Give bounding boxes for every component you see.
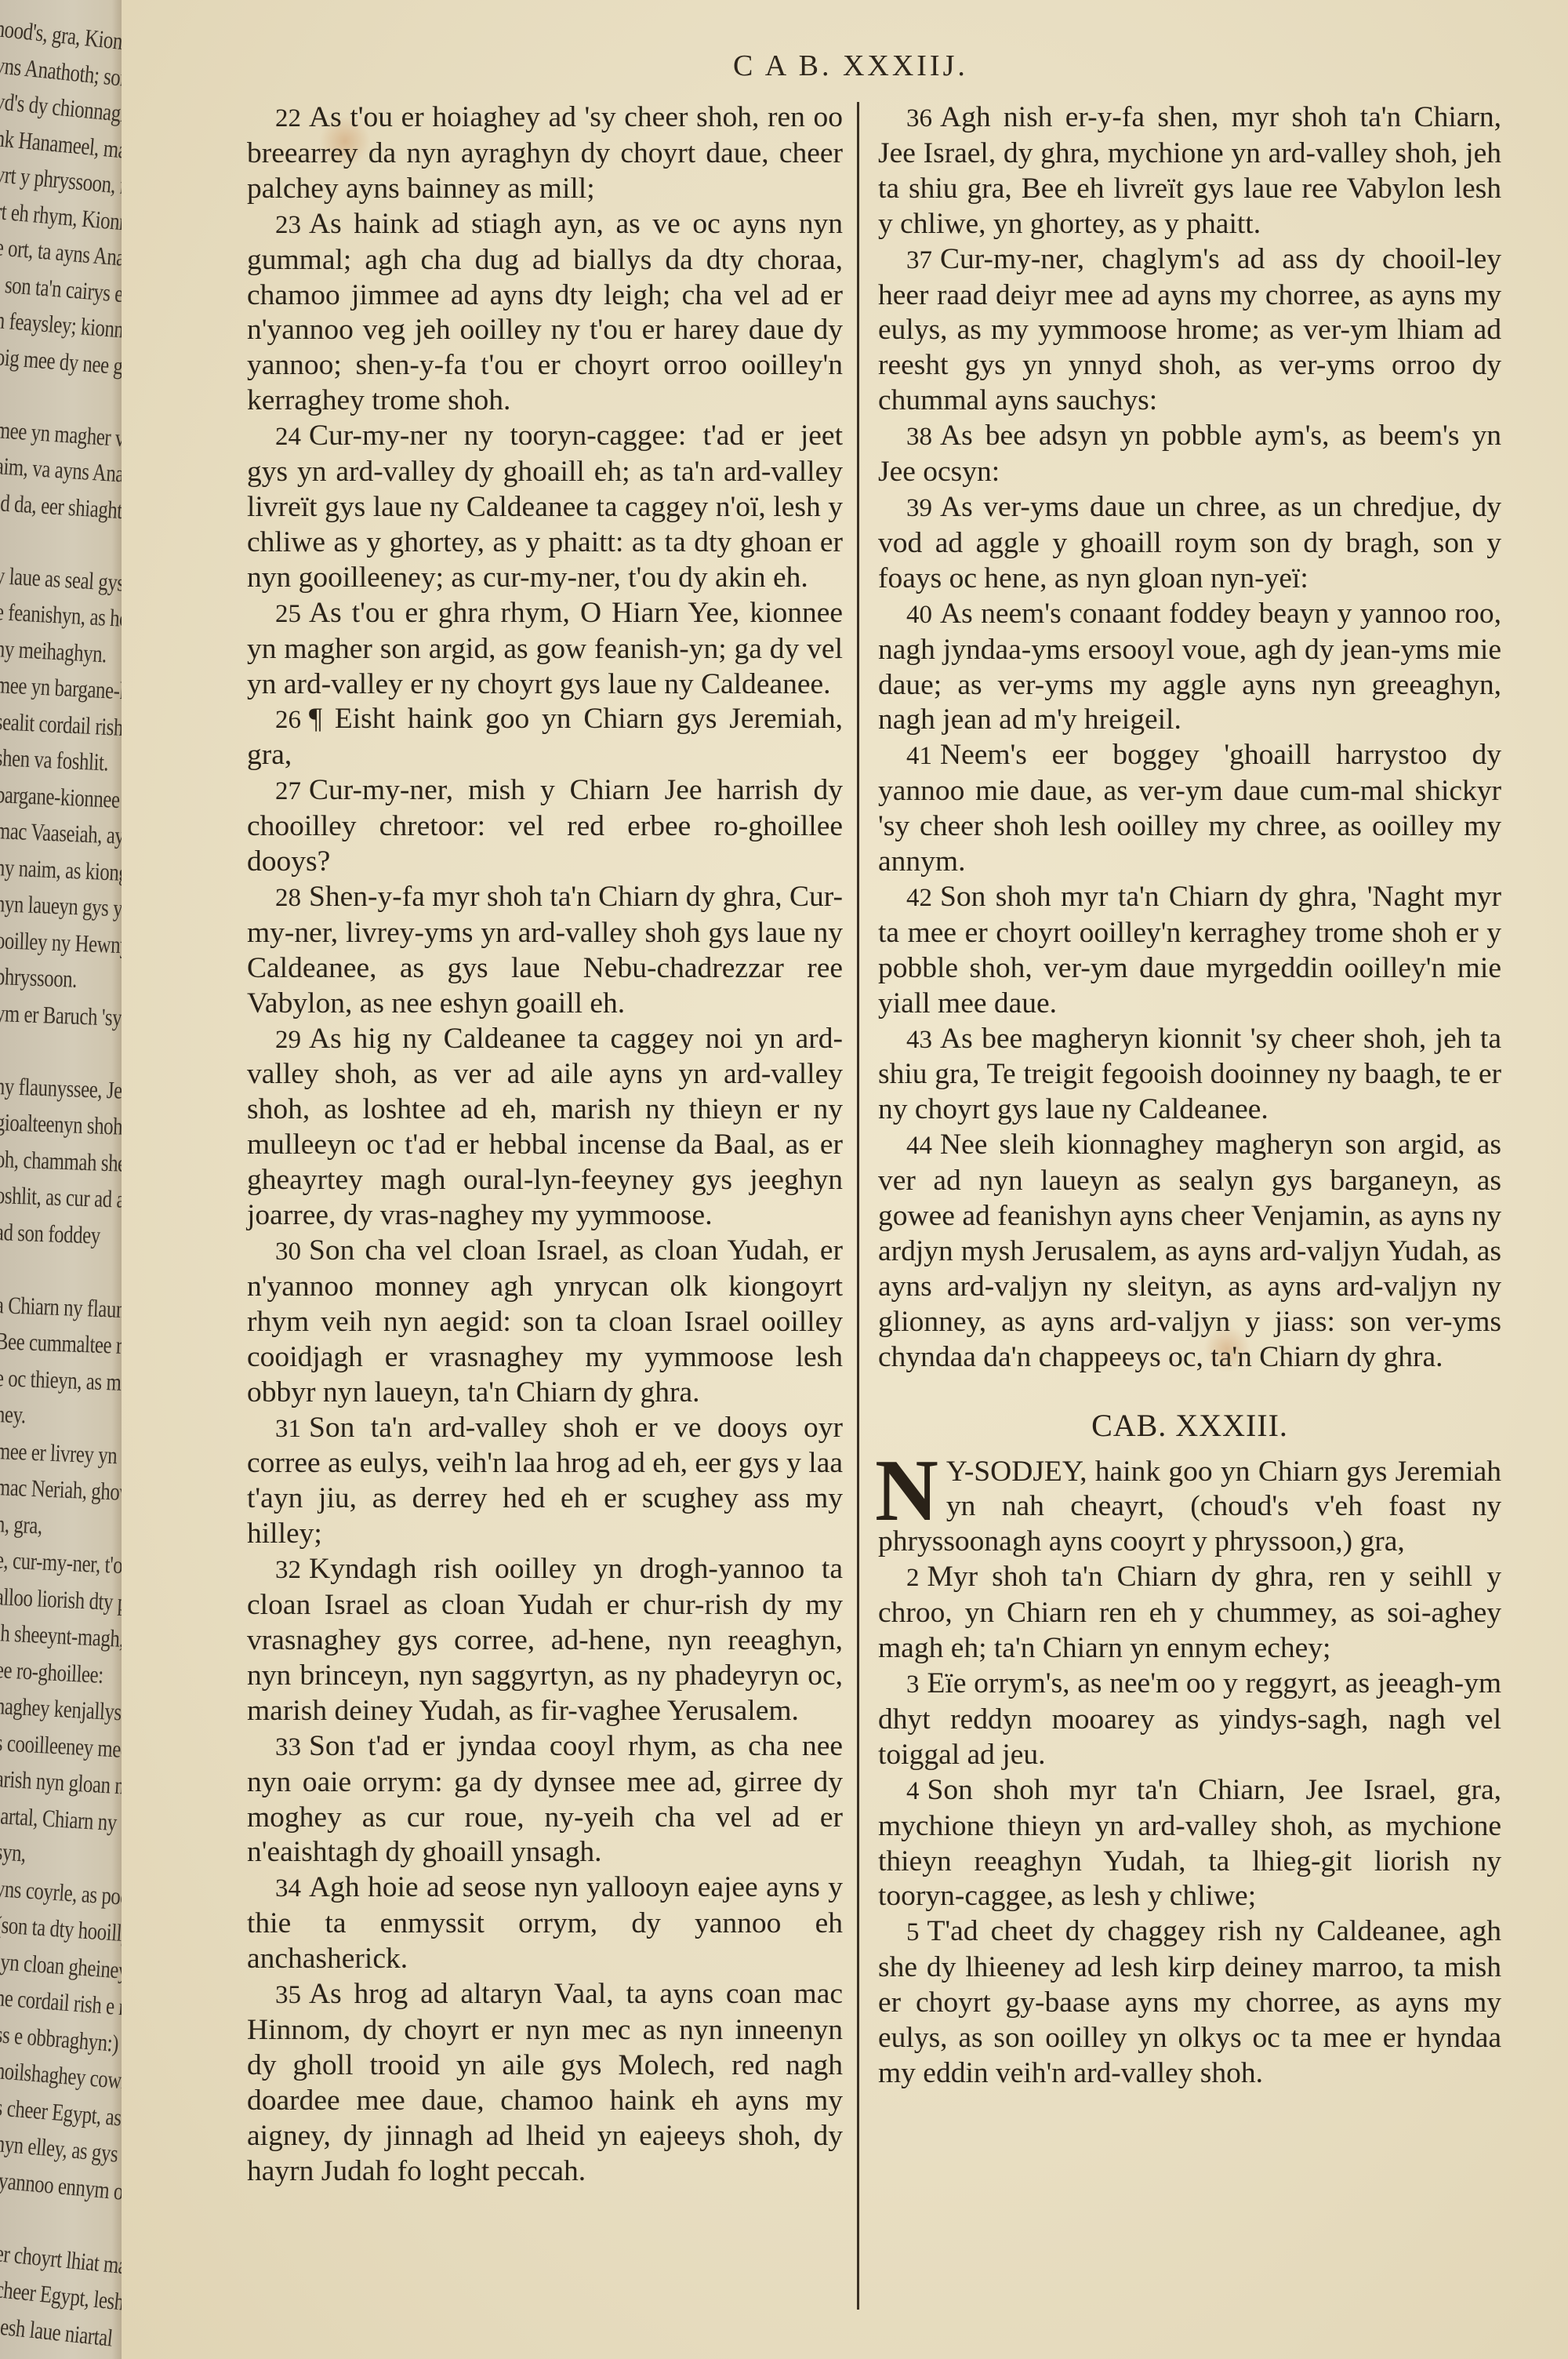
verse-number: 40 [906, 601, 932, 629]
facing-page-line: ne cordail rish e raaid [0, 1983, 122, 2023]
verse-number: 25 [275, 600, 301, 628]
verse: 26¶ Eisht haink goo yn Chiarn gys Jeremi… [247, 702, 843, 773]
verse-text: As hrog ad altaryn Vaal, ta ayns coan ma… [247, 1978, 843, 2187]
facing-page-line: ny flaunyssee, Jee [0, 1072, 122, 1105]
facing-page-line: n, gra, [0, 1510, 43, 1539]
facing-page-line: ee ro-ghoillee: [0, 1656, 104, 1689]
verse-number: 36 [906, 104, 932, 133]
facing-page-line: ih sheeynt-magh, as dty [0, 1619, 122, 1656]
facing-page-line: mee er livrey yn barga [0, 1437, 122, 1472]
verse: 4Son shoh myr ta'n Chiarn, Jee Israel, g… [878, 1773, 1501, 1915]
verse-text: Son t'ad er jyndaa cooyl rhym, as cha ne… [247, 1730, 843, 1869]
verse: 37Cur-my-ner, chaglym's ad ass dy chooil… [878, 242, 1501, 420]
facing-page-line: lesh laue niartal [0, 2312, 114, 2353]
verse-text: Agh nish er-y-fa shen, myr shoh ta'n Chi… [878, 101, 1501, 240]
verse-number: 44 [906, 1132, 932, 1160]
verse: 35As hrog ad altaryn Vaal, ta ayns coan … [247, 1977, 843, 2189]
verse-text: Shen-y-fa myr shoh ta'n Chiarn dy ghra, … [247, 881, 843, 1020]
facing-page-line: nyn elley, as gys y laa [0, 2129, 122, 2172]
facing-page-line: mee yn magher va [0, 416, 122, 453]
verse-number: 26 [275, 706, 301, 734]
facing-page-line: s cheer Egypt, as ayns [0, 2093, 122, 2135]
facing-page-line: a Chiarn ny flaunyssee [0, 1291, 122, 1325]
facing-page-line: ny naim, as kiongoyrt [0, 853, 122, 889]
facing-page-line: ad son foddey [0, 1218, 100, 1250]
facing-page-line: nyn laueyn gys yn [0, 889, 122, 923]
facing-page-line: yns Anathoth; son [0, 51, 122, 93]
facing-page-line: n feaysley; kionnee [0, 306, 122, 345]
verse: 28Shen-y-fa myr shoh ta'n Chiarn dy ghra… [247, 880, 843, 1022]
facing-page-line: syn, [0, 1837, 27, 1867]
verse: 34Agh hoie ad seose nyn yallooyn eajee a… [247, 1870, 843, 1977]
chapter-33-verse-1: NY-SODJEY, haink goo yn Chiarn gys Jerem… [878, 1455, 1501, 1561]
facing-page-line: mac Vaaseiah, ayns [0, 816, 122, 851]
verse-number: 23 [275, 211, 301, 239]
facing-page-line: 'yannoo ennym oosle [0, 2166, 122, 2208]
chapter-heading: CAB. XXXIII. [878, 1408, 1501, 1444]
facing-page-line: arish nyn gloan nyn-yei [0, 1765, 122, 1803]
verse-text: Neem's eer boggey 'ghoaill harrystoo dy … [878, 739, 1501, 878]
verse-text: As t'ou er hoiaghey ad 'sy cheer shoh, r… [247, 101, 843, 205]
verse: 36Agh nish er-y-fa shen, myr shoh ta'n C… [878, 100, 1501, 242]
verse-text: Cur-my-ner ny tooryn-caggee: t'ad er jee… [247, 420, 843, 594]
verse-text: Son shoh myr ta'n Chiarn dy ghra, 'Naght… [878, 881, 1501, 1020]
facing-page-line: alloo liorish dty pho [0, 1583, 122, 1618]
left-column: 22As t'ou er hoiaghey ad 'sy cheer shoh,… [247, 100, 843, 2189]
verse-text: Cur-my-ner, chaglym's ad ass dy chooil-l… [878, 243, 1501, 417]
facing-page-line: phryssoon. [0, 962, 78, 994]
facing-page-line: ney. [0, 1400, 26, 1429]
facing-page-edge: hood's, gra, Kionneyns Anathoth; sonyd's… [0, 0, 122, 2359]
facing-page-line: oig mee dy nee goo [0, 343, 122, 382]
verse-number: 38 [906, 423, 932, 451]
verse-text: As haink ad stiagh ayn, as ve oc ayns ny… [247, 208, 843, 417]
facing-page-line: ny meihaghyn. [0, 634, 107, 668]
facing-page-line: yns coyrle, as pooar [0, 1874, 122, 1912]
verse-text: Kyndagh rish ooilley yn drogh-yannoo ta … [247, 1553, 843, 1727]
verse-text: Y-SODJEY, haink goo yn Chiarn gys Jeremi… [878, 1456, 1501, 1558]
facing-page-line: : son ta'n cairys eiraght [0, 270, 122, 311]
facing-page-line: e, cur-my-ner, t'ou er [0, 1546, 122, 1581]
running-head: C A B. XXXIIJ. [733, 49, 968, 83]
verse: 22As t'ou er hoiaghey ad 'sy cheer shoh,… [247, 100, 843, 207]
facing-page-line: yrt y phryssoon, ree [0, 160, 122, 202]
verse-text: As t'ou er ghra rhym, O Hiarn Yee, kionn… [247, 597, 843, 700]
facing-page-line: hood's, gra, Kionne [0, 14, 122, 57]
facing-page-line: oh, chammah shen [0, 1145, 122, 1178]
verse-number: 30 [275, 1238, 301, 1266]
facing-page-line: ss e obbraghyn:) [0, 2020, 119, 2058]
facing-page-line: mee yn bargane-kion [0, 671, 122, 707]
verse-number: 2 [906, 1564, 920, 1592]
facing-page-line: ooilley ny Hewnyn [0, 926, 122, 960]
verse-number: 31 [275, 1415, 301, 1443]
facing-page-line: id da, eer shiaght [0, 489, 122, 525]
verse-number: 35 [275, 1981, 301, 2009]
right-column: 36Agh nish er-y-fa shen, myr shoh ta'n C… [878, 100, 1501, 2092]
facing-page-line: nk Hanameel, mac [0, 124, 122, 165]
book-page: C A B. XXXIIJ. 22As t'ou er hoiaghey ad … [122, 0, 1568, 2359]
verse-number: 24 [275, 423, 301, 451]
verse-text: As hig ny Caldeanee ta caggey noi yn ard… [247, 1023, 843, 1232]
facing-page-line: naghey kenjallys-ghraih [0, 1692, 122, 1729]
verse-text: Cur-my-ner, mish y Chiarn Jee harrish dy… [247, 774, 843, 878]
verse: 32Kyndagh rish ooilley yn drogh-yannoo t… [247, 1552, 843, 1729]
chapter-32-verses: 36Agh nish er-y-fa shen, myr shoh ta'n C… [878, 100, 1501, 1376]
verse: 27Cur-my-ner, mish y Chiarn Jee harrish … [247, 773, 843, 880]
facing-page-line: s cooilleeney mee-chairys [0, 1728, 122, 1767]
verse-number: 37 [906, 246, 932, 274]
facing-page-line: y laue as seal gys [0, 562, 122, 597]
verse-text: Son cha vel cloan Israel, as cloan Yudah… [247, 1234, 843, 1408]
verse-text: T'ad cheet dy chaggey rish ny Caldeanee,… [878, 1915, 1501, 2089]
verse-text: Son ta'n ard-valley shoh er ve dooys oyr… [247, 1412, 843, 1550]
verse: 31Son ta'n ard-valley shoh er ve dooys o… [247, 1411, 843, 1553]
verse: 38As bee adsyn yn pobble aym's, as beem'… [878, 419, 1501, 490]
verse-text: As ver-yms daue un chree, as un chredjue… [878, 491, 1501, 594]
verse: 44Nee sleih kionnaghey magheryn son argi… [878, 1128, 1501, 1375]
verse-number: 28 [275, 884, 301, 912]
verse-number: 34 [275, 1874, 301, 1903]
facing-page-line: oshlit, as cur ad ayns [0, 1181, 122, 1215]
verse: 29As hig ny Caldeanee ta caggey noi yn a… [247, 1022, 843, 1234]
verse-text: As bee magheryn kionnit 'sy cheer shoh, … [878, 1023, 1501, 1126]
verse-text: Myr shoh ta'n Chiarn dy ghra, ren y seih… [878, 1561, 1501, 1664]
facing-page-line: sealit cordail rish [0, 707, 122, 742]
verse-text: Eïe orrym's, as nee'm oo y reggyrt, as j… [878, 1667, 1501, 1771]
facing-page-line: cheer Egypt, lesh [0, 2275, 122, 2316]
facing-page-line: e oc thieyn, as magh [0, 1364, 122, 1398]
verse-text: Nee sleih kionnaghey magheryn son argid,… [878, 1129, 1501, 1372]
verse-text: ¶ Eisht haink goo yn Chiarn gys Jeremiah… [247, 703, 843, 771]
verse-number: 29 [275, 1026, 301, 1054]
verse-number: 39 [906, 494, 932, 522]
facing-page-line: lyn cloan gheiney, dy [0, 1947, 122, 1986]
facing-page-line: bargane-kionnee da [0, 780, 122, 815]
facing-page-line: yd's dy chionnaghey [0, 87, 122, 130]
verse-text: Agh hoie ad seose nyn yallooyn eajee ayn… [247, 1871, 843, 1975]
facing-page-line: gioalteenyn shoh, [0, 1108, 122, 1141]
facing-page-line: (son ta dty hooillyn [0, 1910, 122, 1949]
verse: 23As haink ad stiagh ayn, as ve oc ayns … [247, 207, 843, 419]
facing-page-line: iartal, Chiarn ny flaun [0, 1801, 122, 1839]
verse: 2Myr shoh ta'n Chiarn dy ghra, ren y sei… [878, 1560, 1501, 1667]
verse: 3Eïe orrym's, as nee'm oo y reggyrt, as … [878, 1667, 1501, 1773]
facing-page-line: e feanishyn, as how [0, 598, 122, 634]
verse: 39As ver-yms daue un chree, as un chredj… [878, 490, 1501, 597]
verse-text: As bee adsyn yn pobble aym's, as beem's … [878, 420, 1501, 488]
verse: 24Cur-my-ner ny tooryn-caggee: t'ad er j… [247, 419, 843, 596]
facing-page-line: ym er Baruch 'syn [0, 999, 122, 1032]
verse-number: 41 [906, 742, 932, 770]
facing-page-line: e ort, ta ayns Anatho [0, 233, 122, 274]
facing-page-line: aim, va ayns Anatho [0, 452, 122, 490]
verse-number: 4 [906, 1777, 920, 1805]
facing-page-line: shen va foshlit. [0, 743, 109, 777]
facing-page-line: Bee cummaltee reesh [0, 1327, 122, 1361]
verse-number: 43 [906, 1026, 932, 1054]
verse-text: Son shoh myr ta'n Chiarn, Jee Israel, gr… [878, 1774, 1501, 1913]
verse: 5T'ad cheet dy chaggey rish ny Caldeanee… [878, 1914, 1501, 2092]
verse-number: 22 [275, 104, 301, 133]
verse-number: 27 [275, 777, 301, 805]
verse-number: 3 [906, 1670, 920, 1699]
facing-page-line: er choyrt lhiat magh [0, 2239, 122, 2282]
verse-number: 33 [275, 1733, 301, 1761]
verse: 40As neem's conaant foddey beayn y yanno… [878, 597, 1501, 739]
verse: 41Neem's eer boggey 'ghoaill harrystoo d… [878, 738, 1501, 880]
facing-page-line: mac Neriah, ghow [0, 1473, 122, 1507]
verse-number: 5 [906, 1918, 920, 1946]
verse-number: 42 [906, 884, 932, 912]
verse: 43As bee magheryn kionnit 'sy cheer shoh… [878, 1022, 1501, 1129]
verse: 42Son shoh myr ta'n Chiarn dy ghra, 'Nag… [878, 880, 1501, 1022]
drop-cap: N [875, 1458, 938, 1524]
verse: 30Son cha vel cloan Israel, as cloan Yud… [247, 1234, 843, 1411]
facing-page-line: hoilshaghey cowraghyn [0, 2056, 122, 2099]
verse-number: 32 [275, 1556, 301, 1584]
column-divider [857, 102, 859, 2310]
verse-text: As neem's conaant foddey beayn y yannoo … [878, 598, 1501, 736]
verse: 25As t'ou er ghra rhym, O Hiarn Yee, kio… [247, 596, 843, 703]
verse: 33Son t'ad er jyndaa cooyl rhym, as cha … [247, 1729, 843, 1871]
facing-page-line: rt eh rhym, Kionnee [0, 197, 122, 238]
chapter-33-verses: 2Myr shoh ta'n Chiarn dy ghra, ren y sei… [878, 1560, 1501, 2092]
